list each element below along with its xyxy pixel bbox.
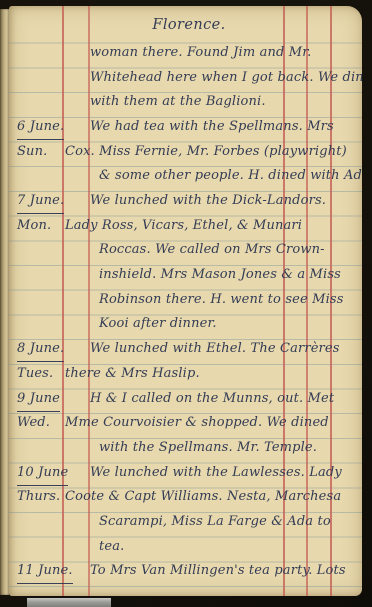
entry-date-label: 11 June. [17, 559, 73, 584]
entry-text: We lunched with the Dick-Landors. [90, 189, 326, 213]
entry-text: inshield. Mrs Mason Jones & a Miss [99, 263, 341, 287]
journal-line: 6 June.We had tea with the Spellmans. Mr… [9, 115, 362, 139]
diary-page: Florence. woman there. Found Jim and Mr.… [9, 6, 362, 596]
entry-text: Whitehead here when I got back. We dined [90, 66, 362, 90]
entry-date-label: 7 June. [17, 189, 64, 214]
entry-text: We lunched with the Lawlesses. Lady [90, 461, 342, 485]
journal-line: Roccas. We called on Mrs Crown- [9, 238, 362, 262]
journal-line: Tues.there & Mrs Haslip. [9, 362, 362, 386]
entry-date-label: Wed. [17, 411, 50, 435]
journal-line: Whitehead here when I got back. We dined [9, 66, 362, 90]
entry-text: Coote & Capt Williams. Nesta, Marchesa [65, 485, 341, 509]
entry-text: with the Spellmans. Mr. Temple. [99, 436, 317, 460]
diary-photo: Florence. woman there. Found Jim and Mr.… [0, 0, 372, 607]
journal-line: 7 June.We lunched with the Dick-Landors. [9, 189, 362, 213]
journal-line: & some other people. H. dined with Ada. [9, 164, 362, 188]
notebook-page-edges [0, 9, 9, 595]
journal-line: 10 JuneWe lunched with the Lawlesses. La… [9, 461, 362, 485]
entry-text: H & I called on the Munns, out. Met [90, 387, 334, 411]
journal-line: inshield. Mrs Mason Jones & a Miss [9, 263, 362, 287]
journal-line: Scarampi, Miss La Farge & Ada to [9, 510, 362, 534]
entry-date-label: Sun. [17, 140, 47, 164]
journal-line: with them at the Baglioni. [9, 90, 362, 114]
journal-line: Robinson there. H. went to see Miss [9, 288, 362, 312]
journal-line: tea. [9, 535, 362, 559]
journal-line: Mon.Lady Ross, Vicars, Ethel, & Munari [9, 214, 362, 238]
entry-date-label: 10 June [17, 461, 68, 486]
entry-date-label: 9 June [17, 387, 60, 412]
table-edge [27, 598, 111, 607]
journal-line: Kooi after dinner. [9, 312, 362, 336]
entry-text: woman there. Found Jim and Mr. [90, 41, 311, 65]
journal-line: 11 June.To Mrs Van Millingen's tea party… [9, 559, 362, 583]
entry-text: To Mrs Van Millingen's tea party. Lots [90, 559, 346, 583]
entry-text: Lady Ross, Vicars, Ethel, & Munari [65, 214, 302, 238]
page-heading: Florence. [119, 17, 259, 39]
journal-line: Wed.Mme Courvoisier & shopped. We dined [9, 411, 362, 435]
entry-date-label: Thurs. [17, 485, 60, 509]
entry-text: with them at the Baglioni. [90, 90, 266, 114]
entry-text: & some other people. H. dined with Ada. [99, 164, 362, 188]
entry-date-label: 6 June. [17, 115, 64, 140]
journal-line: woman there. Found Jim and Mr. [9, 41, 362, 65]
entry-text: Roccas. We called on Mrs Crown- [99, 238, 325, 262]
entry-date-label: Tues. [17, 362, 53, 386]
entry-text: Robinson there. H. went to see Miss [99, 288, 344, 312]
entry-date-label: Mon. [17, 214, 51, 238]
journal-line: with the Spellmans. Mr. Temple. [9, 436, 362, 460]
entry-text: there & Mrs Haslip. [65, 362, 200, 386]
journal-line: 9 JuneH & I called on the Munns, out. Me… [9, 387, 362, 411]
entry-text: We had tea with the Spellmans. Mrs [90, 115, 334, 139]
entry-text: Cox. Miss Fernie, Mr. Forbes (playwright… [65, 140, 347, 164]
entry-text: Scarampi, Miss La Farge & Ada to [99, 510, 331, 534]
journal-line: Sun.Cox. Miss Fernie, Mr. Forbes (playwr… [9, 140, 362, 164]
journal-line: Thurs.Coote & Capt Williams. Nesta, Marc… [9, 485, 362, 509]
entry-text: tea. [99, 535, 124, 559]
entry-text: Mme Courvoisier & shopped. We dined [65, 411, 329, 435]
entry-text: We lunched with Ethel. The Carrères [90, 337, 340, 361]
journal-line: 8 June.We lunched with Ethel. The Carrèr… [9, 337, 362, 361]
entry-text: Kooi after dinner. [99, 312, 217, 336]
entry-date-label: 8 June. [17, 337, 64, 362]
